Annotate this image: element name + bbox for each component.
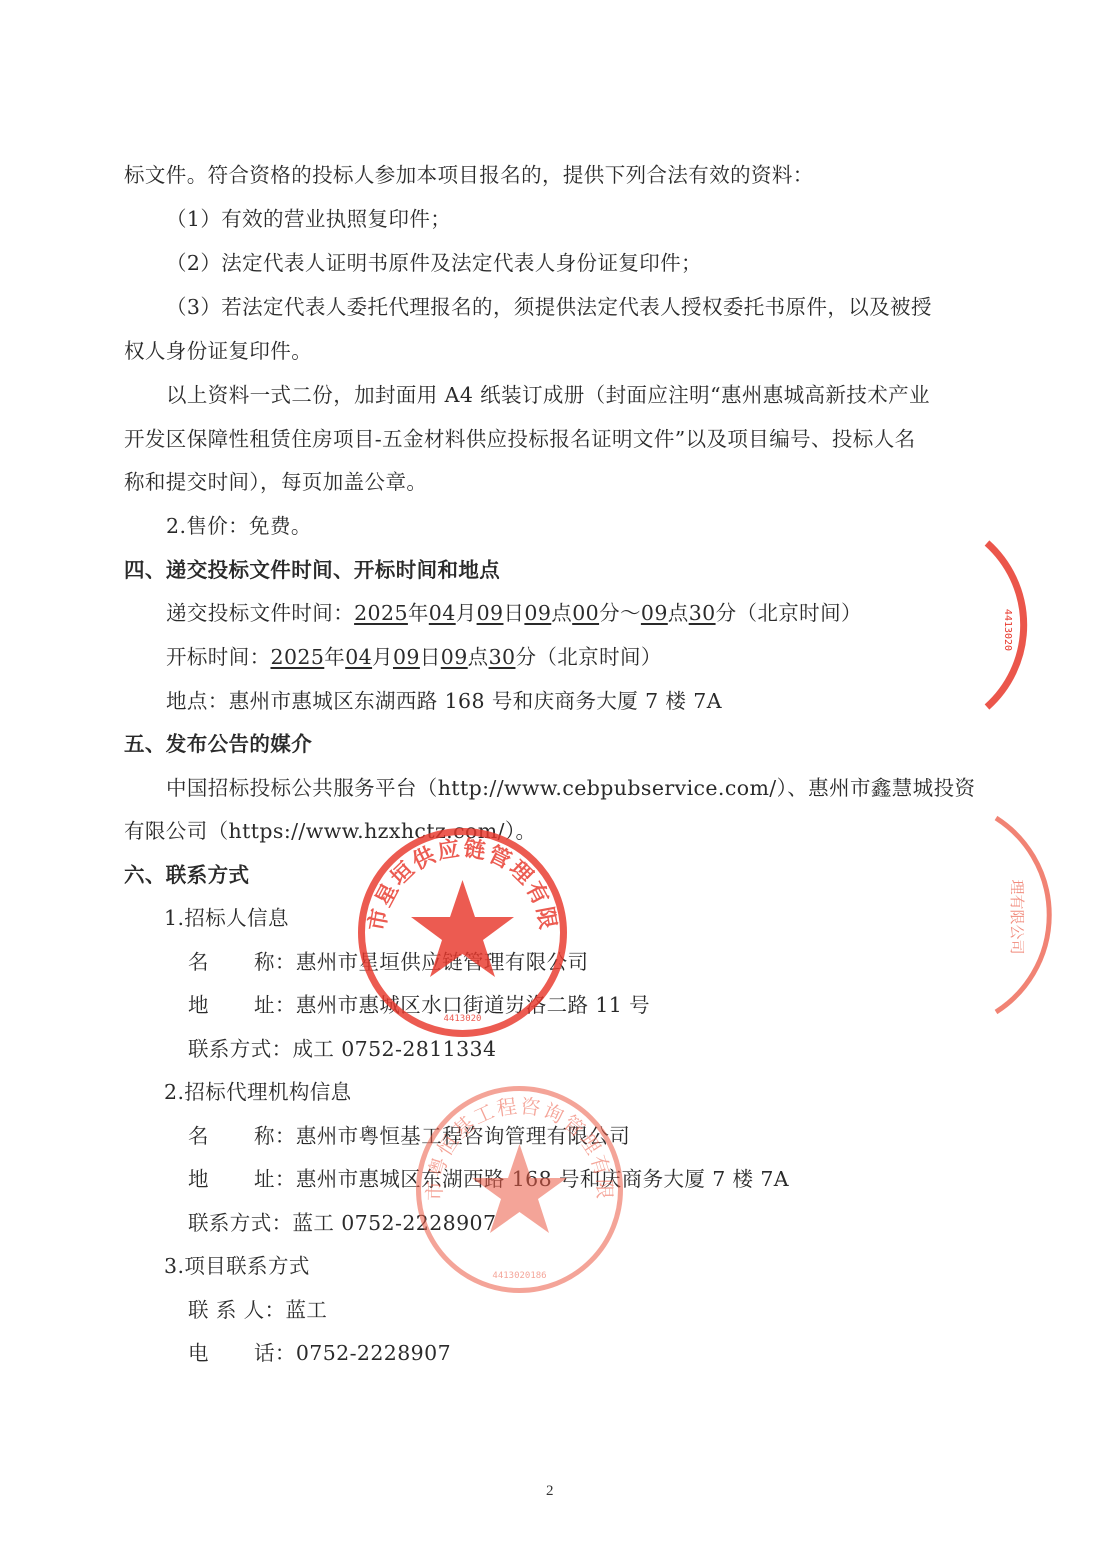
- agency-contact: 蓝工 0752-2228907: [293, 1211, 497, 1235]
- agency-name-line: 名称：惠州市粤恒基工程咨询管理有限公司: [188, 1121, 630, 1151]
- submit-hour-end: 09: [641, 601, 668, 625]
- hour-unit: 点: [551, 601, 572, 625]
- person-label: 联 系 人：: [188, 1298, 285, 1322]
- day-unit: 日: [503, 601, 524, 625]
- month-unit: 月: [456, 601, 477, 625]
- opening-minute: 30: [489, 645, 516, 669]
- section-4-title: 四、递交投标文件时间、开标时间和地点: [124, 555, 500, 585]
- submit-day: 09: [477, 601, 504, 625]
- document-page: 标文件。符合资格的投标人参加本项目报名的，提供下列合法有效的资料： （1）有效的…: [0, 0, 1102, 1559]
- submit-minute-end: 30: [689, 601, 716, 625]
- month-unit: 月: [372, 645, 393, 669]
- submit-year: 2025: [354, 601, 408, 625]
- hour-unit: 点: [668, 601, 689, 625]
- minute-unit: 分（北京时间）: [716, 601, 862, 625]
- agency-heading: 2.招标代理机构信息: [164, 1077, 352, 1107]
- name-label: 称：: [254, 950, 296, 974]
- tenderer-address: 惠州市惠城区水口街道岃洛二路 11 号: [296, 993, 650, 1017]
- svg-text:4413020186: 4413020186: [492, 1271, 546, 1281]
- material-item-2: （2）法定代表人证明书原件及法定代表人身份证复印件；: [166, 248, 702, 278]
- opening-hour: 09: [441, 645, 468, 669]
- project-phone-line: 电话：0752-2228907: [188, 1338, 451, 1368]
- phone-label: 电: [188, 1338, 254, 1368]
- edge-seal-icon: 理有限公司: [990, 812, 1102, 1017]
- year-unit: 年: [324, 645, 345, 669]
- address-label: 地: [188, 990, 254, 1020]
- phone-label: 话：: [254, 1341, 296, 1365]
- agency-address-line: 地址：惠州市惠城区东湖西路 168 号和庆商务大厦 7 楼 7A: [188, 1164, 789, 1194]
- tenderer-address-line: 地址：惠州市惠城区水口街道岃洛二路 11 号: [188, 990, 650, 1020]
- name-label: 名: [188, 1121, 254, 1151]
- submit-time-line: 递交投标文件时间：2025年04月09日09点00分～09点30分（北京时间）: [166, 598, 862, 628]
- day-unit: 日: [420, 645, 441, 669]
- project-person-line: 联 系 人：蓝工: [188, 1295, 327, 1325]
- media-line-1: 中国招标投标公共服务平台（http://www.cebpubservice.co…: [166, 773, 975, 803]
- opening-year: 2025: [271, 645, 325, 669]
- tenderer-name: 惠州市星垣供应链管理有限公司: [296, 950, 589, 974]
- tenderer-contact: 成工 0752-2811334: [293, 1037, 497, 1061]
- edge-seal-icon: 4413020: [975, 535, 1102, 715]
- hour-unit: 点: [468, 645, 489, 669]
- agency-contact-line: 联系方式：蓝工 0752-2228907: [188, 1208, 496, 1238]
- project-contact-heading: 3.项目联系方式: [164, 1251, 310, 1281]
- binding-paragraph-line-2: 开发区保障性租赁住房项目-五金材料供应投标报名证明文件”以及项目编号、投标人名: [124, 424, 916, 454]
- submit-minute-start: 00: [572, 601, 599, 625]
- intro-line: 标文件。符合资格的投标人参加本项目报名的，提供下列合法有效的资料：: [124, 160, 814, 190]
- tenderer-heading: 1.招标人信息: [164, 903, 289, 933]
- opening-time-label: 开标时间：: [166, 645, 271, 669]
- address-label: 地: [188, 1164, 254, 1194]
- price-line: 2.售价：免费。: [166, 511, 312, 541]
- material-item-3: （3）若法定代表人委托代理报名的，须提供法定代表人授权委托书原件，以及被授: [166, 292, 932, 322]
- tenderer-contact-line: 联系方式：成工 0752-2811334: [188, 1034, 496, 1064]
- location-line: 地点：惠州市惠城区东湖西路 168 号和庆商务大厦 7 楼 7A: [166, 686, 722, 716]
- svg-text:理有限公司: 理有限公司: [1008, 879, 1026, 954]
- opening-time-line: 开标时间：2025年04月09日09点30分（北京时间）: [166, 642, 662, 672]
- svg-text:4413020: 4413020: [1002, 609, 1013, 651]
- section-6-title: 六、联系方式: [124, 860, 249, 890]
- page-number: 2: [546, 1483, 554, 1500]
- year-unit: 年: [408, 601, 429, 625]
- submit-time-label: 递交投标文件时间：: [166, 601, 354, 625]
- binding-paragraph-line-3: 称和提交时间），每页加盖公章。: [124, 467, 427, 497]
- agency-address: 惠州市惠城区东湖西路 168 号和庆商务大厦 7 楼 7A: [296, 1167, 789, 1191]
- submit-hour-start: 09: [524, 601, 551, 625]
- section-5-title: 五、发布公告的媒介: [124, 729, 312, 759]
- opening-month: 04: [345, 645, 372, 669]
- material-item-1: （1）有效的营业执照复印件；: [166, 204, 451, 234]
- minute-unit: 分（北京时间）: [515, 645, 661, 669]
- submit-month: 04: [429, 601, 456, 625]
- name-label: 名: [188, 947, 254, 977]
- contact-label: 联系方式：: [188, 1037, 293, 1061]
- name-label: 称：: [254, 1124, 296, 1148]
- address-label: 址：: [254, 993, 296, 1017]
- project-phone: 0752-2228907: [296, 1341, 451, 1365]
- material-item-3-cont: 权人身份证复印件。: [124, 336, 312, 366]
- address-label: 址：: [254, 1167, 296, 1191]
- minute-unit: 分～: [599, 601, 641, 625]
- binding-paragraph-line-1: 以上资料一式二份，加封面用 A4 纸装订成册（封面应注明“惠州惠城高新技术产业: [166, 380, 930, 410]
- agency-name: 惠州市粤恒基工程咨询管理有限公司: [296, 1124, 630, 1148]
- opening-day: 09: [393, 645, 420, 669]
- media-line-2: 有限公司（https://www.hzxhctz.com/）。: [124, 816, 536, 846]
- tenderer-name-line: 名称：惠州市星垣供应链管理有限公司: [188, 947, 588, 977]
- contact-label: 联系方式：: [188, 1211, 293, 1235]
- project-person: 蓝工: [285, 1298, 327, 1322]
